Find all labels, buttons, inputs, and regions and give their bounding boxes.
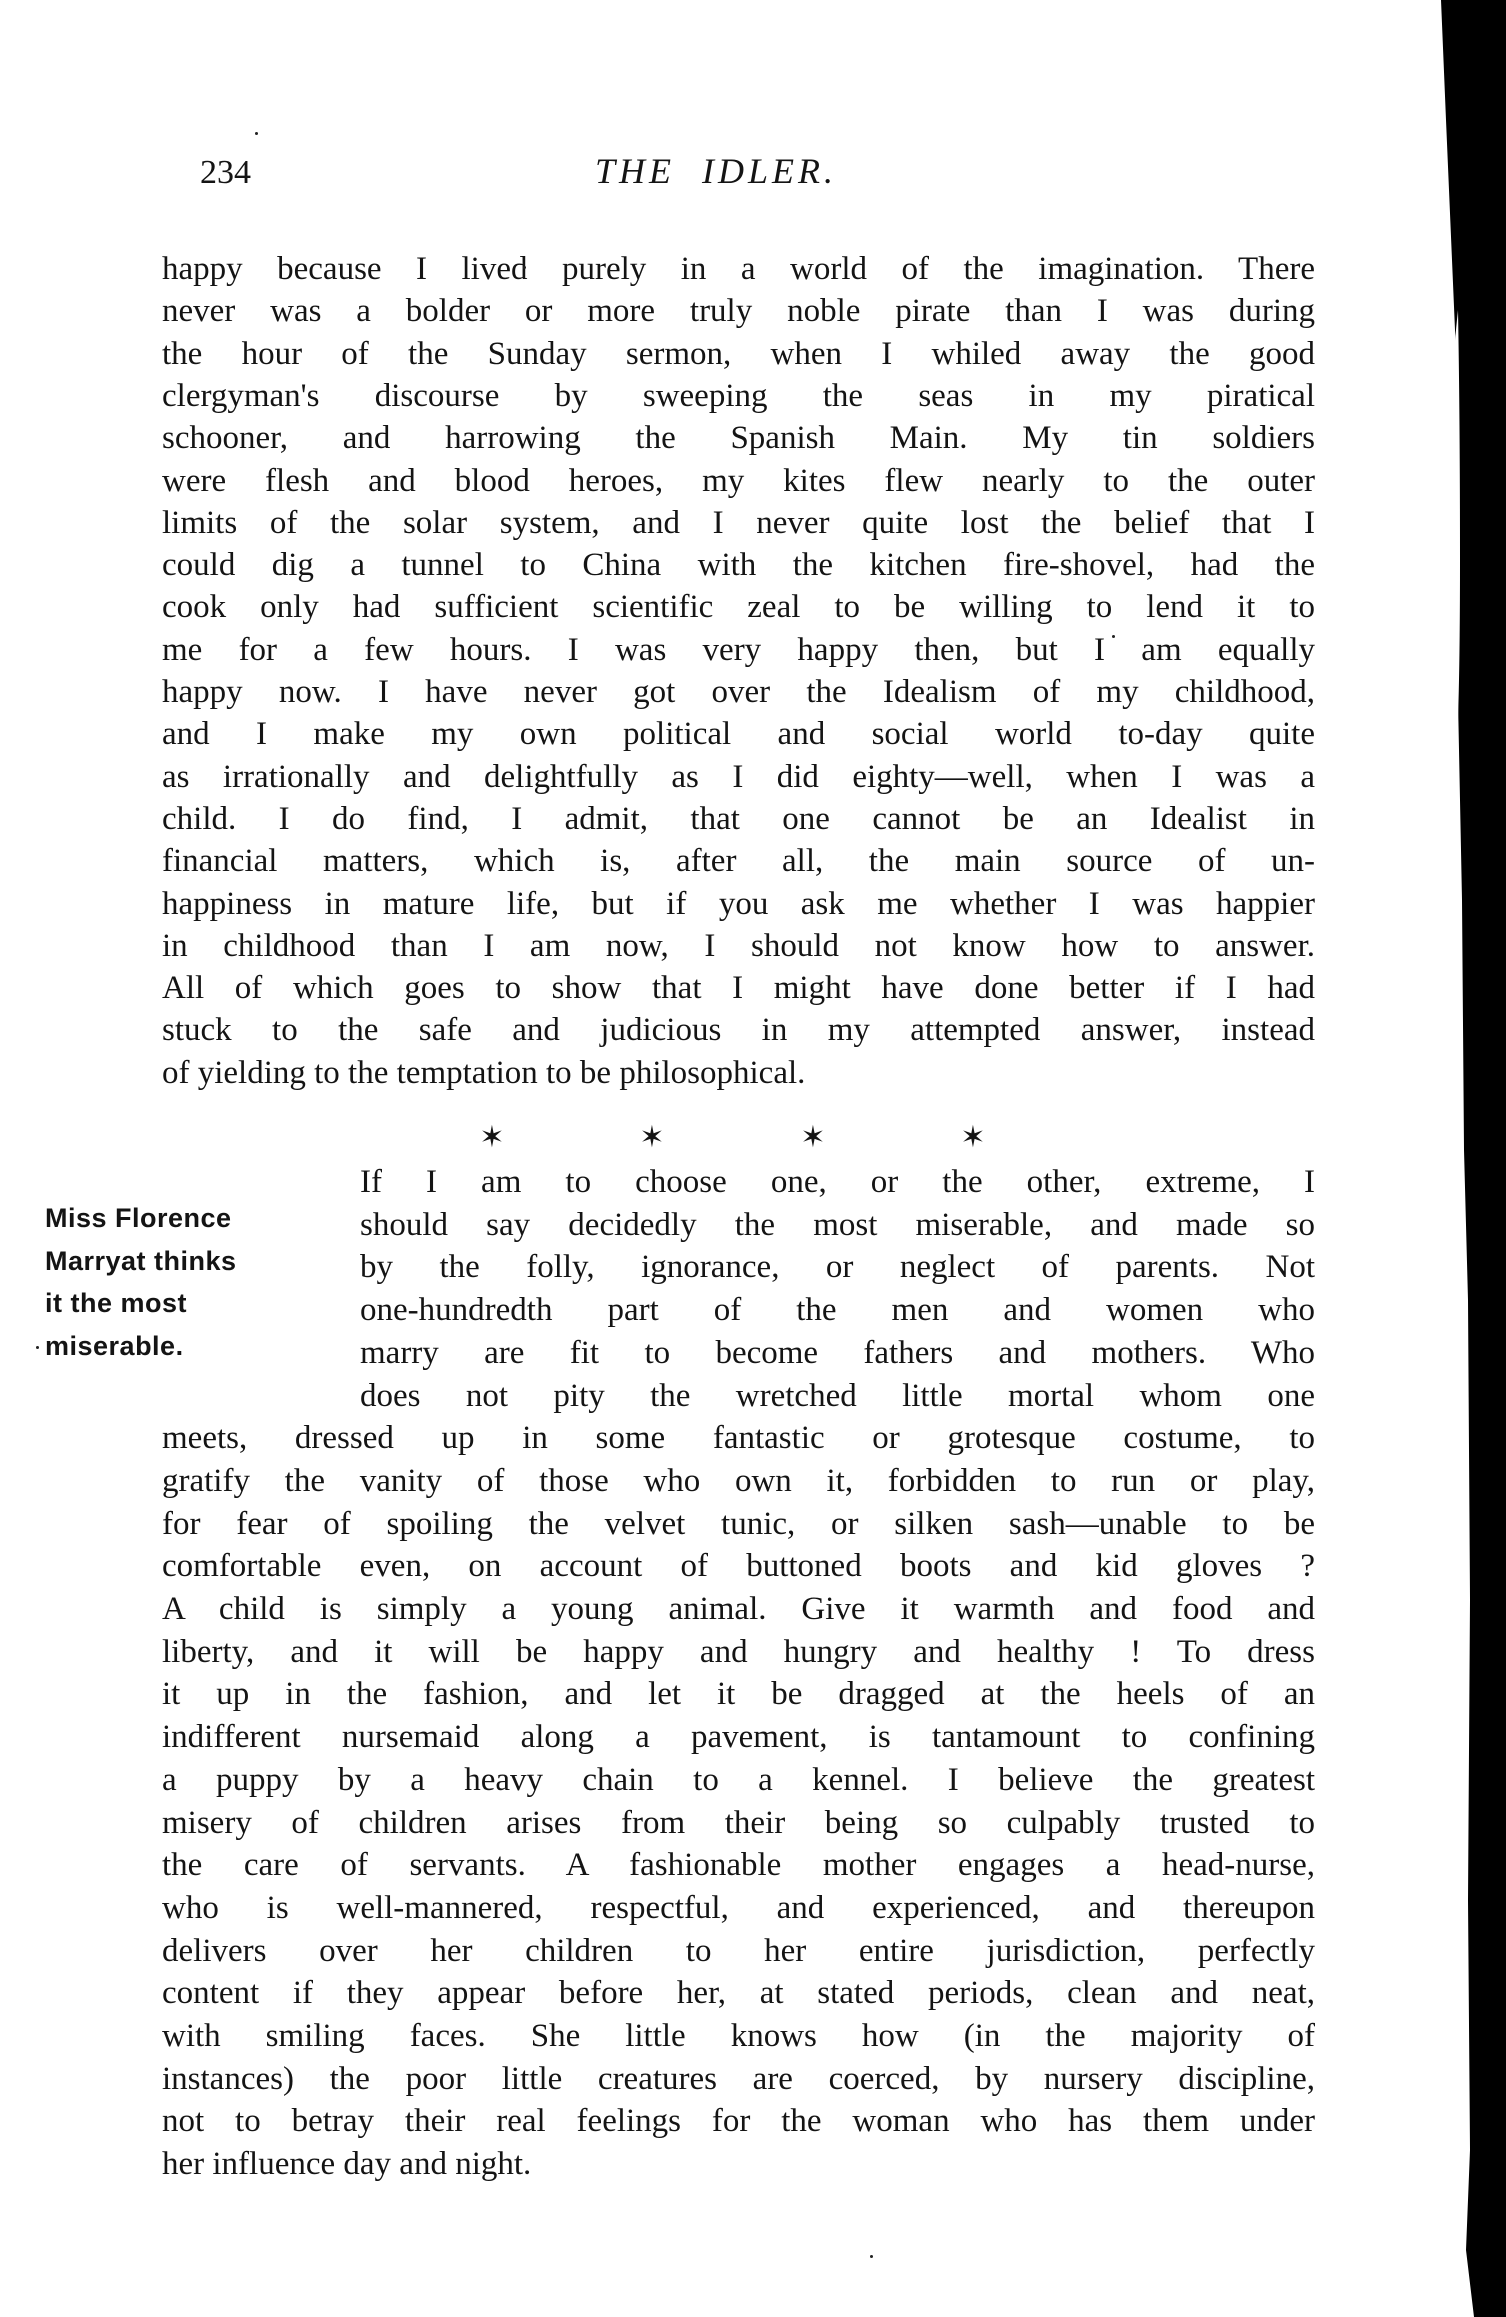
text-line: liberty, and it will be happy and hungry… <box>162 1631 1315 1673</box>
text-line: A child is simply a young animal. Give i… <box>162 1588 1315 1630</box>
text-line: gratify the vanity of those who own it, … <box>162 1460 1315 1502</box>
sidenote-line: miserable. <box>45 1325 335 1368</box>
text-line: me for a few hours. I was very happy the… <box>162 629 1315 671</box>
text-line: were flesh and blood heroes, my kites fl… <box>162 460 1315 502</box>
text-line: happy now. I have never got over the Ide… <box>162 671 1315 713</box>
text-line: cook only had sufficient scientific zeal… <box>162 586 1315 628</box>
text-line: with smiling faces. She little knows how… <box>162 2015 1315 2057</box>
sidenote-line: Marryat thinks <box>45 1240 335 1283</box>
text-line: schooner, and harrowing the Spanish Main… <box>162 417 1315 459</box>
text-line: in childhood than I am now, I should not… <box>162 925 1315 967</box>
asterism-star-icon: ✶ <box>800 1118 825 1158</box>
text-line: and I make my own political and social w… <box>162 713 1315 755</box>
text-line: child. I do find, I admit, that one cann… <box>162 798 1315 840</box>
scan-speck <box>255 132 258 135</box>
margin-sidenote: Miss Florence Marryat thinks it the most… <box>45 1197 335 1368</box>
text-line: the care of servants. A fashionable moth… <box>162 1844 1315 1886</box>
sidenote-line: Miss Florence <box>45 1197 335 1240</box>
text-line: a puppy by a heavy chain to a kennel. I … <box>162 1759 1315 1801</box>
asterism-star-icon: ✶ <box>960 1118 985 1158</box>
text-line: it up in the fashion, and let it be drag… <box>162 1673 1315 1715</box>
scan-speck <box>36 1346 39 1349</box>
text-line: for fear of spoiling the velvet tunic, o… <box>162 1503 1315 1545</box>
text-line: delivers over her children to her entire… <box>162 1930 1315 1972</box>
text-line: stuck to the safe and judicious in my at… <box>162 1009 1315 1051</box>
asterism-star-icon: ✶ <box>639 1118 664 1158</box>
text-line: happiness in mature life, but if you ask… <box>162 883 1315 925</box>
page-number: 234 <box>200 154 251 192</box>
text-line: financial matters, which is, after all, … <box>162 840 1315 882</box>
text-line: not to betray their real feelings for th… <box>162 2100 1315 2142</box>
text-line: All of which goes to show that I might h… <box>162 967 1315 1009</box>
text-line: the hour of the Sunday sermon, when I wh… <box>162 333 1315 375</box>
text-line: comfortable even, on account of buttoned… <box>162 1545 1315 1587</box>
sidenote-line: it the most <box>45 1282 335 1325</box>
text-line: clergyman's discourse by sweeping the se… <box>162 375 1315 417</box>
text-line: never was a bolder or more truly noble p… <box>162 290 1315 332</box>
text-line: instances) the poor little creatures are… <box>162 2058 1315 2100</box>
running-head: 234 THE IDLER. <box>0 150 1506 200</box>
text-line: meets, dressed up in some fantastic or g… <box>162 1417 1315 1459</box>
text-line: as irrationally and delightfully as I di… <box>162 756 1315 798</box>
text-line: marry are fit to become fathers and moth… <box>360 1332 1315 1374</box>
text-line: does not pity the wretched little mortal… <box>360 1375 1315 1417</box>
text-line: of yielding to the temptation to be phil… <box>162 1052 1315 1094</box>
text-line: happy because I lived purely in a world … <box>162 248 1315 290</box>
scan-speck <box>870 2255 873 2258</box>
page-gutter-shadow <box>1436 0 1506 2317</box>
book-page: 234 THE IDLER. happy because I lived pur… <box>0 0 1506 2317</box>
text-line: If I am to choose one, or the other, ext… <box>360 1161 1315 1203</box>
text-line: by the folly, ignorance, or neglect of p… <box>360 1246 1315 1288</box>
text-line: could dig a tunnel to China with the kit… <box>162 544 1315 586</box>
text-line: one-hundredth part of the men and women … <box>360 1289 1315 1331</box>
text-line: content if they appear before her, at st… <box>162 1972 1315 2014</box>
section-separator: ✶ ✶ ✶ ✶ <box>0 1118 1506 1158</box>
running-title: THE IDLER. <box>595 150 837 192</box>
text-line: who is well-mannered, respectful, and ex… <box>162 1887 1315 1929</box>
text-line: her influence day and night. <box>162 2143 1315 2185</box>
text-line: indifferent nursemaid along a pavement, … <box>162 1716 1315 1758</box>
text-line: misery of children arises from their bei… <box>162 1802 1315 1844</box>
text-line: should say decidedly the most miserable,… <box>360 1204 1315 1246</box>
text-line: limits of the solar system, and I never … <box>162 502 1315 544</box>
scan-speck <box>523 266 526 269</box>
asterism-star-icon: ✶ <box>479 1118 504 1158</box>
scan-speck <box>1112 635 1115 638</box>
